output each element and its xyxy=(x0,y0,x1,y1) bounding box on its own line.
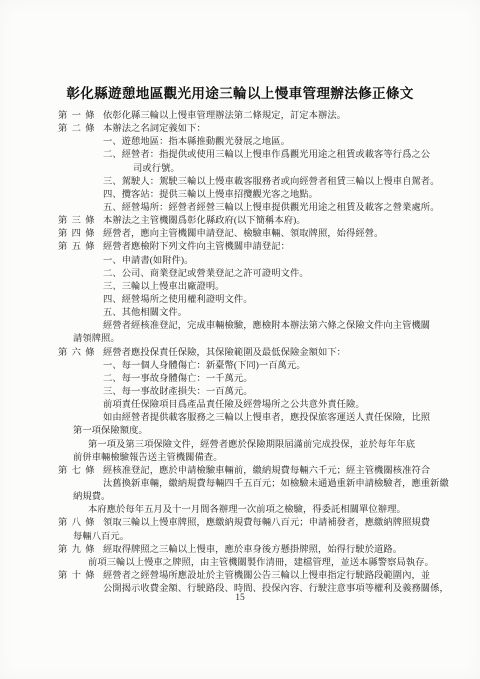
article-text: 依彰化縣三輪以上慢車管理辦法第二條規定，訂定本辦法。 xyxy=(103,111,346,121)
text-row: 二、公司、商業登記或營業登記之許可證明文件。 xyxy=(103,268,480,281)
text-row: 四、經營場所之使用權利證明文件。 xyxy=(103,294,480,307)
article-text: 經核准登記，應於申請檢驗車輛前，繳納規費每輛六千元；經主管機關核准符合 xyxy=(103,466,430,476)
text-row: 第一項及第三項保險文件，經營者應於保險期限屆滿前完成投保，並於每年年底 xyxy=(88,439,480,452)
article-number: 第 九 條 xyxy=(58,544,103,557)
article-text: 經營者之經營場所應設址於主管機關公告三輪以上慢車指定行駛路段範圍內，並 xyxy=(103,571,430,581)
text-row: 三、每一事故財產損失：一百萬元。 xyxy=(103,386,480,399)
text-row: 前併車輛檢驗報告送主管機關備查。 xyxy=(73,452,480,465)
article-row: 第 八 條領取三輪以上慢車牌照，應繳納規費每輛八百元；申請補發者，應繳納牌照規費 xyxy=(58,517,480,530)
article-row: 第 三 條本辦法之主管機關爲彰化縣政府(以下簡稱本府)。 xyxy=(58,215,480,228)
article-number: 第 七 條 xyxy=(58,465,103,478)
article-number: 第 三 條 xyxy=(58,215,103,228)
text-row: 請領牌照。 xyxy=(73,333,480,346)
text-row: 三、三輪以上慢車出廠證明。 xyxy=(103,281,480,294)
article-number: 第 六 條 xyxy=(58,347,103,360)
text-row: 納規費。 xyxy=(73,491,480,504)
text-row: 第一項保險額度。 xyxy=(73,425,480,438)
document-title: 彰化縣遊憩地區觀光用途三輪以上慢車管理辦法修正條文 xyxy=(0,82,480,102)
article-text: 經取得牌照之三輪以上慢車，應於車身後方懸掛牌照，始得行駛於道路。 xyxy=(103,545,402,555)
article-text: 領取三輪以上慢車牌照，應繳納規費每輛八百元；申請補發者，應繳納牌照規費 xyxy=(103,518,430,528)
article-row: 第 四 條經營者，應向主管機關申請登記、檢驗車輛、領取牌照，始得經營。 xyxy=(58,228,480,241)
text-row: 經營者經核准登記，完成車輛檢驗，應檢附本辦法第六條之保險文件向主管機關 xyxy=(103,320,480,333)
text-row: 前項三輪以上慢車之牌照，由主管機關製作清冊，建檔管理，並送本縣警察局執存。 xyxy=(88,557,480,570)
article-number: 第 十 條 xyxy=(58,570,103,583)
text-row: 三、駕駛人：駕駛三輪以上慢車載客服務者或向經營者租賃三輪以上慢車自駕者。 xyxy=(103,176,480,189)
text-row: 一、遊憩地區：指本縣推動觀光發展之地區。 xyxy=(103,136,480,149)
article-number: 第 四 條 xyxy=(58,228,103,241)
text-row: 如由經營者提供載客服務之三輪以上慢車者，應投保旅客運送人責任保險，比照 xyxy=(103,412,480,425)
article-number: 第 一 條 xyxy=(58,110,103,123)
text-row: 司或行號。 xyxy=(133,163,480,176)
text-row: 汰舊換新車輛，繳納規費每輛四千五百元；如檢驗未通過重新申請檢驗者，應重新繳 xyxy=(103,478,480,491)
article-text: 本辦法之名詞定義如下： xyxy=(103,124,206,134)
text-row: 五、經營場所：經營者經營三輪以上慢車提供觀光用途之租賃及載客之營業處所。 xyxy=(103,202,480,215)
article-row: 第 十 條經營者之經營場所應設址於主管機關公告三輪以上慢車指定行駛路段範圍內，並 xyxy=(58,570,480,583)
text-row: 二、每一事故身體傷亡：一千萬元。 xyxy=(103,373,480,386)
text-row: 四、攬客站：提供三輪以上慢車招攬觀光客之地點。 xyxy=(103,189,480,202)
document-page: 彰化縣遊憩地區觀光用途三輪以上慢車管理辦法修正條文 第 一 條依彰化縣三輪以上慢… xyxy=(0,0,480,679)
article-row: 第 二 條本辦法之名詞定義如下： xyxy=(58,123,480,136)
text-row: 五、其他相關文件。 xyxy=(103,307,480,320)
article-text: 本辦法之主管機關爲彰化縣政府(以下簡稱本府)。 xyxy=(103,216,306,226)
article-row: 第 五 條經營者應檢附下列文件向主管機關申請登記： xyxy=(58,241,480,254)
text-row: 前項責任保險項目爲產品責任險及經營場所之公共意外責任險。 xyxy=(103,399,480,412)
text-row: 一、申請書(如附件)。 xyxy=(103,255,480,268)
article-text: 經營者應投保責任保險，其保險範圍及最低保險金額如下： xyxy=(103,348,346,358)
article-row: 第 一 條依彰化縣三輪以上慢車管理辦法第二條規定，訂定本辦法。 xyxy=(58,110,480,123)
text-row: 本府應於每年五月及十一月間各辦理一次前項之檢驗，得委託相關單位辦理。 xyxy=(88,504,480,517)
article-row: 第 七 條經核准登記，應於申請檢驗車輛前，繳納規費每輛六千元；經主管機關核准符合 xyxy=(58,465,480,478)
article-row: 第 九 條經取得牌照之三輪以上慢車，應於車身後方懸掛牌照，始得行駛於道路。 xyxy=(58,544,480,557)
text-row: 二、經營者：指提供或使用三輪以上慢車作爲觀光用途之租賃或載客等行爲之公 xyxy=(103,149,480,162)
article-number: 第 五 條 xyxy=(58,241,103,254)
text-row: 一、每一個人身體傷亡：新臺幣(下同)一百萬元。 xyxy=(103,360,480,373)
article-number: 第 八 條 xyxy=(58,517,103,530)
article-row: 第 六 條經營者應投保責任保險，其保險範圍及最低保險金額如下： xyxy=(58,347,480,360)
text-row: 每輛八百元。 xyxy=(73,531,480,544)
article-text: 經營者應檢附下列文件向主管機關申請登記： xyxy=(103,242,290,252)
article-text: 經營者，應向主管機關申請登記、檢驗車輛、領取牌照，始得經營。 xyxy=(103,229,383,239)
article-number: 第 二 條 xyxy=(58,123,103,136)
page-number: 15 xyxy=(0,593,480,603)
document-body: 第 一 條依彰化縣三輪以上慢車管理辦法第二條規定，訂定本辦法。第 二 條本辦法之… xyxy=(0,110,480,596)
